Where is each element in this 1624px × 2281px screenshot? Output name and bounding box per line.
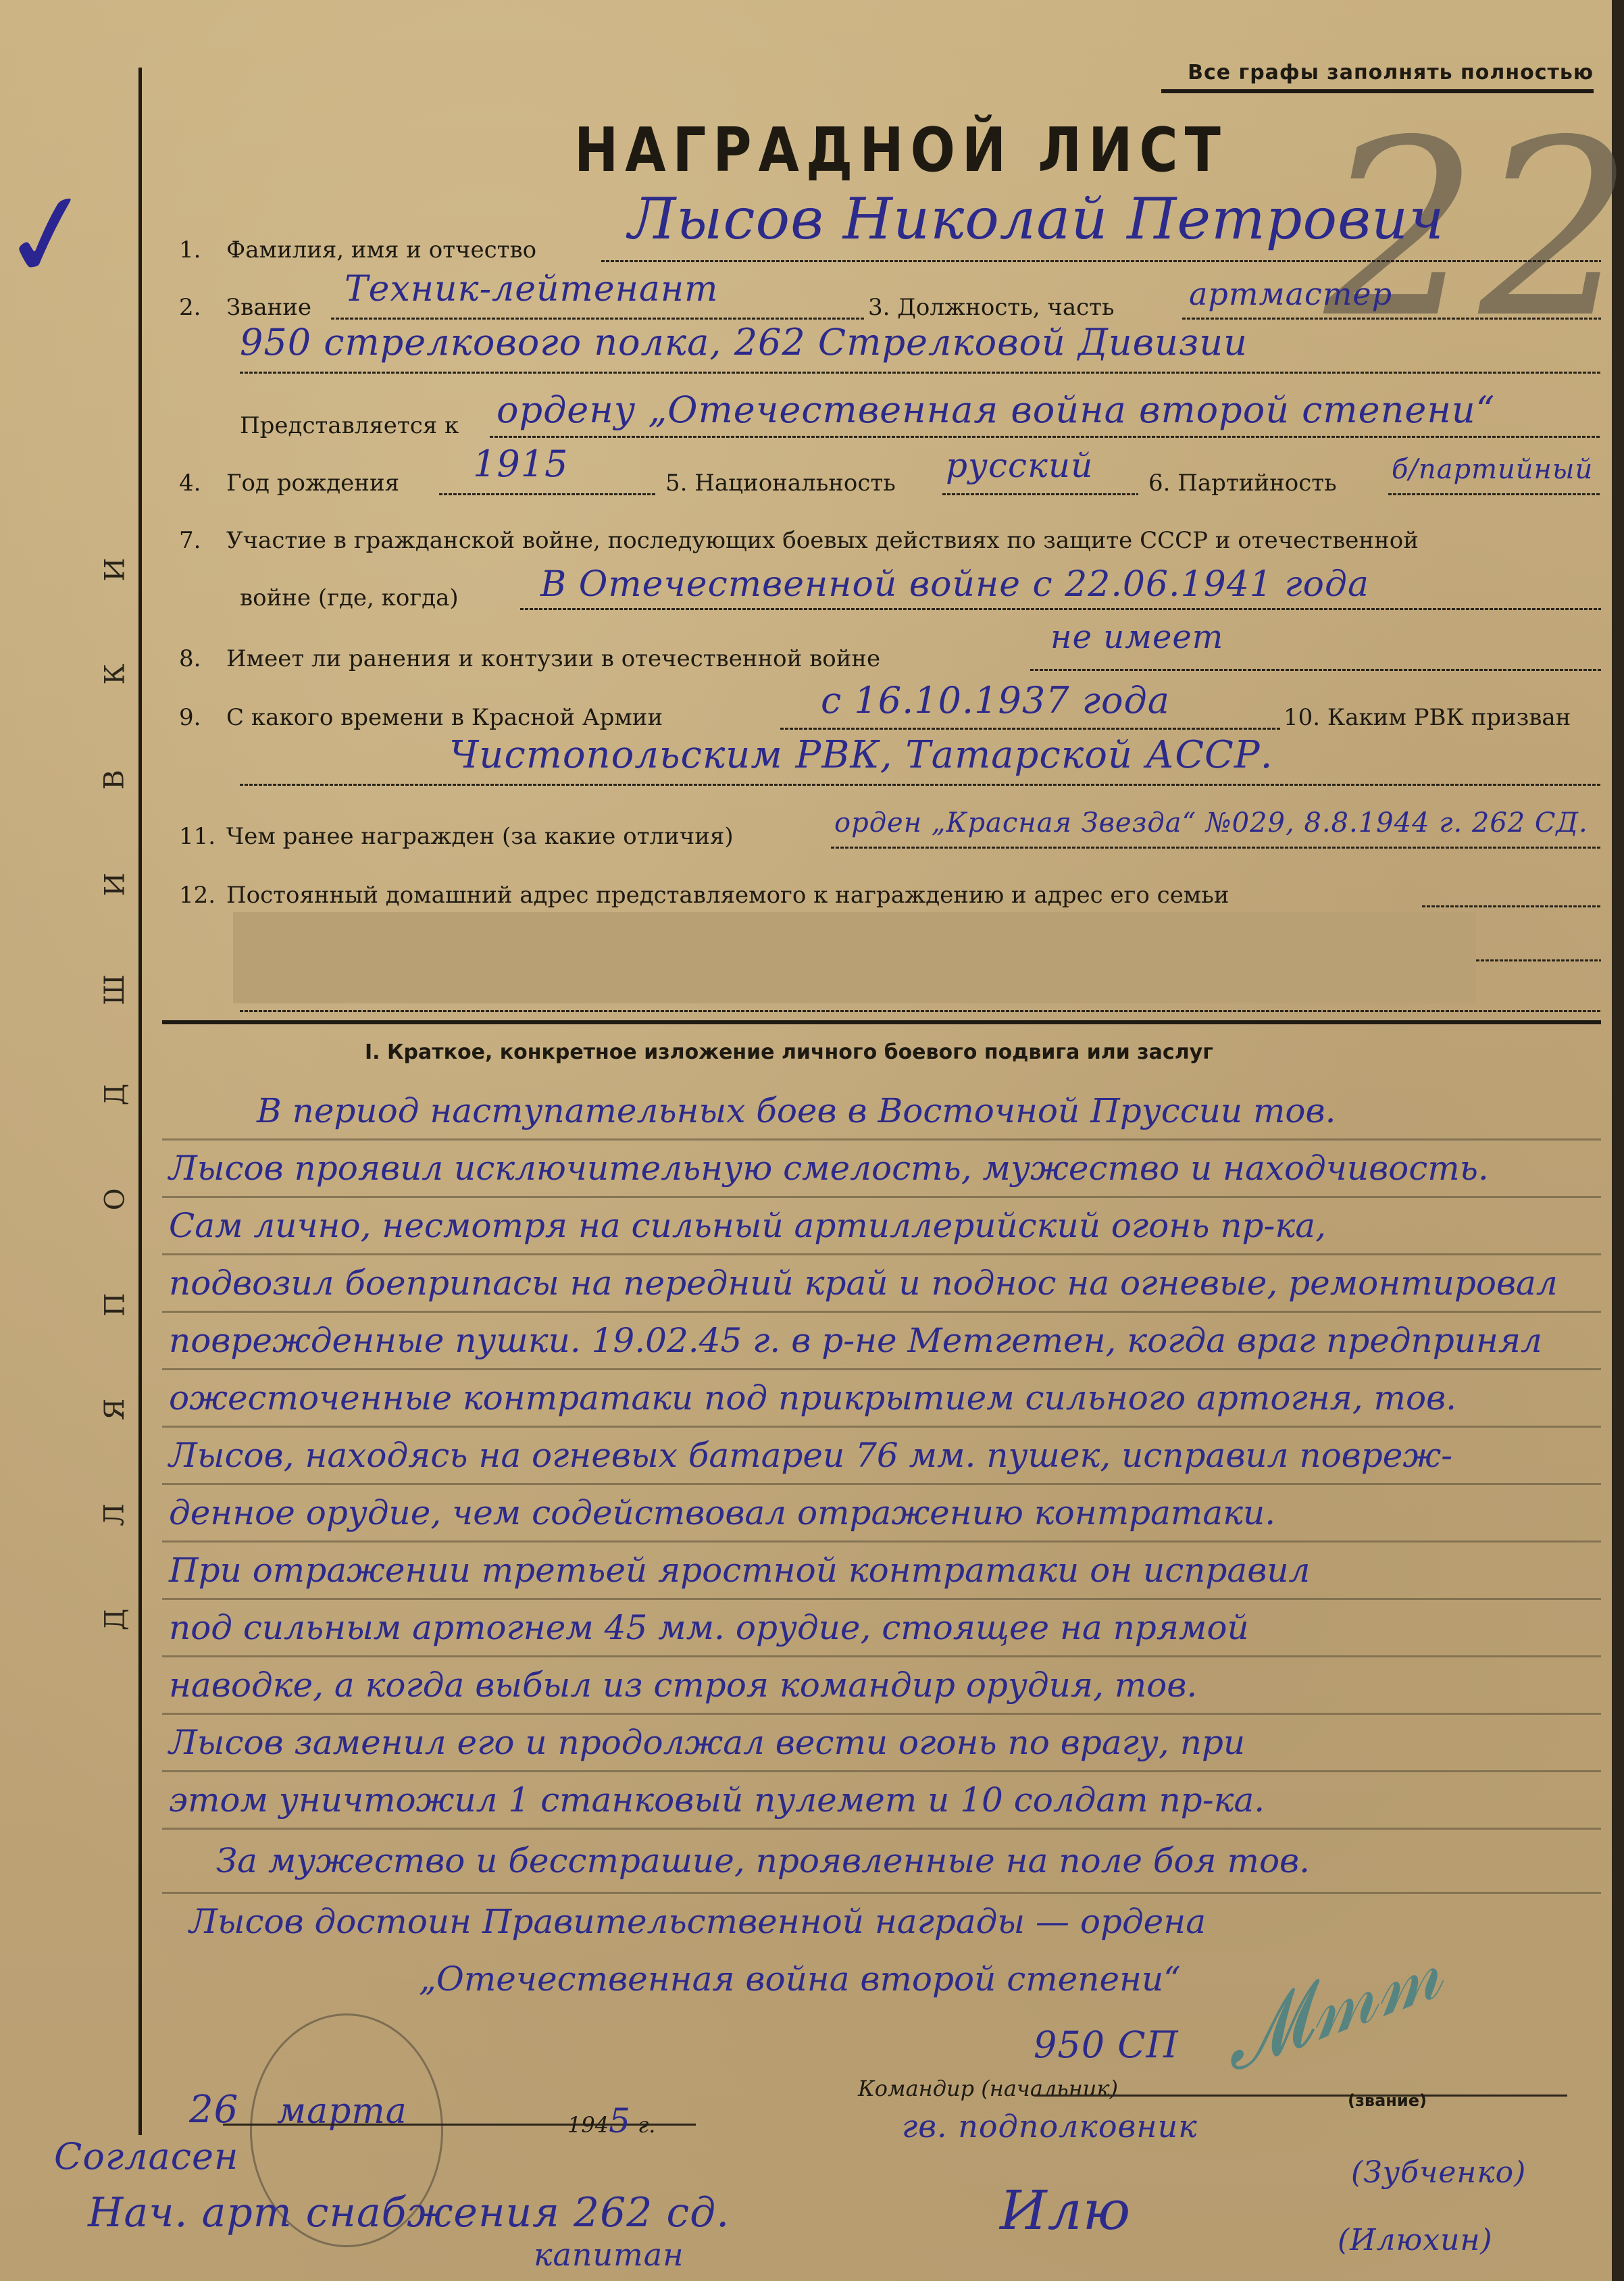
field-birth-year-value[interactable]: 1915 (473, 443, 568, 485)
narrative-line: При отражении третьей яростной контратак… (169, 1551, 1310, 1590)
field-rvk-line (240, 784, 1601, 786)
binding-margin-rule (138, 68, 142, 2135)
field-address-line (1422, 905, 1601, 907)
field-birth-year-line (439, 493, 655, 495)
ruled-line (162, 1655, 1601, 1657)
field-party-value[interactable]: б/партийный (1392, 454, 1593, 485)
field-rvk-label: 10. Каким РВК призван (1284, 704, 1571, 731)
approval-rank: капитан (534, 2236, 684, 2273)
field-presented-value[interactable]: ордену „Отечественная война второй степе… (497, 388, 1495, 431)
field-participation-label: 7.Участие в гражданской войне, последующ… (179, 527, 1419, 554)
field-participation-value[interactable]: В Отечественной войне с 22.06.1941 года (540, 564, 1369, 605)
section-title: I. Краткое, конкретное изложение личного… (365, 1041, 1213, 1064)
commander-line (1034, 2095, 1567, 2097)
ruled-line (162, 1138, 1601, 1140)
field-rank-label: 2.Звание (179, 294, 311, 321)
field-party-label: 6. Партийность (1148, 470, 1337, 497)
field-prev-awards-label: 11.Чем ранее награжден (за какие отличия… (179, 823, 734, 850)
rank-caption: (звание) (1348, 2091, 1427, 2110)
approval-signature: Илю (1000, 2179, 1131, 2242)
field-participation-label-line2: войне (где, когда) (240, 584, 459, 611)
field-army-since-value[interactable]: с 16.10.1937 года (821, 679, 1170, 722)
narrative-line: Лысов достоин Правительственной награды … (189, 1902, 1206, 1941)
field-wounds-value[interactable]: не имеет (1050, 618, 1223, 656)
field-army-since-line (780, 728, 1280, 730)
field-position-label: 3. Должность, часть (868, 294, 1114, 321)
narrative-line: поврежденные пушки. 19.02.45 г. в р-не М… (169, 1321, 1542, 1360)
approval-name-top: (Зубченко) (1351, 2155, 1526, 2190)
field-position-line (1182, 318, 1601, 320)
approval-name-bottom: (Илюхин) (1338, 2223, 1493, 2257)
field-position-value[interactable]: артмастер (1189, 276, 1392, 312)
ruled-line (162, 1598, 1601, 1600)
binding-margin-text: Д Л Я П О Д Ш И В К И (95, 554, 135, 1635)
ruled-line (162, 1368, 1601, 1370)
approval-position: Нач. арт снабжения 262 сд. (88, 2189, 730, 2236)
field-address-line-2 (1476, 959, 1601, 961)
ruled-line (162, 1892, 1601, 1894)
field-rvk-value[interactable]: Чистопольским РВК, Татарской АССР. (449, 733, 1273, 777)
field-birth-year-label: 4.Год рождения (179, 470, 399, 497)
narrative-line: денное орудие, чем содействовал отражени… (169, 1493, 1275, 1532)
ruled-line (162, 1540, 1601, 1543)
ruled-line (162, 1483, 1601, 1485)
field-nationality-label: 5. Национальность (665, 470, 896, 497)
field-participation-line (520, 608, 1601, 610)
field-rank-line (331, 318, 865, 320)
narrative-line: Лысов, находясь на огневых батареи 76 мм… (169, 1436, 1452, 1475)
field-wounds-label: 8.Имеет ли ранения и контузии в отечеств… (179, 645, 880, 672)
field-presented-label: Представляется к (240, 412, 459, 439)
ruled-line (162, 1828, 1601, 1830)
narrative-line: В период наступательных боев в Восточной… (257, 1091, 1336, 1130)
ruled-line (162, 1311, 1601, 1313)
field-nationality-value[interactable]: русский (946, 446, 1093, 485)
field-rank-value[interactable]: Техник-лейтенант (345, 269, 718, 309)
narrative-line: подвозил боеприпасы на передний край и п… (169, 1263, 1558, 1303)
field-full-name-line (601, 260, 1601, 262)
field-address-line-3 (240, 1010, 1601, 1012)
field-wounds-line (1030, 669, 1601, 671)
narrative-line: Лысов заменил его и продолжал вести огон… (169, 1723, 1245, 1762)
narrative-line: Сам лично, несмотря на сильный артиллери… (169, 1206, 1326, 1245)
field-party-line (1388, 493, 1601, 495)
narrative-line: Лысов проявил исключительную смелость, м… (169, 1149, 1489, 1188)
field-unit-value[interactable]: 950 стрелкового полка, 262 Стрелковой Ди… (240, 321, 1248, 364)
ruled-line (162, 1426, 1601, 1428)
unit-value: 950 СП (1034, 2024, 1179, 2066)
field-full-name-label: 1.Фамилия, имя и отчество (179, 236, 536, 264)
registry-number: 227 (1324, 108, 1581, 426)
ruled-line (162, 1196, 1601, 1198)
field-prev-awards-line (831, 847, 1601, 849)
narrative-line: наводке, а когда выбыл из строя командир… (169, 1665, 1197, 1705)
field-unit-line (240, 372, 1601, 374)
address-redaction (233, 912, 1476, 1003)
page-title: НАГРАДНОЙ ЛИСТ (574, 116, 1227, 186)
field-army-since-label: 9.С какого времени в Красной Армии (179, 704, 663, 731)
narrative-line: под сильным артогнем 45 мм. орудие, стоя… (169, 1608, 1249, 1647)
field-presented-line (490, 436, 1601, 438)
commander-rank-value: гв. подполковник (902, 2108, 1198, 2145)
ruled-line (162, 1770, 1601, 1772)
ruled-line (162, 1713, 1601, 1715)
date-year: 1945 г. (567, 2101, 655, 2140)
narrative-line: За мужество и бесстрашие, проявленные на… (216, 1841, 1310, 1880)
approval-agree: Согласен (54, 2135, 238, 2178)
field-prev-awards-value[interactable]: орден „Красная Звезда“ №029, 8.8.1944 г.… (834, 807, 1588, 838)
field-address-label: 12.Постоянный домашний адрес представляе… (179, 882, 1229, 909)
section-separator (162, 1020, 1601, 1024)
narrative-line: ожесточенные контратаки под прикрытием с… (169, 1378, 1456, 1418)
instruction-text: Все графы заполнять полностью (1188, 61, 1594, 84)
narrative-line: этом уничтожил 1 станковый пулемет и 10 … (169, 1780, 1265, 1820)
commander-label: Командир (начальник) (858, 2076, 1118, 2101)
field-full-name-value[interactable]: Лысов Николай Петрович (628, 186, 1444, 252)
date-month: марта (277, 2091, 407, 2132)
ruled-line (162, 1253, 1601, 1255)
narrative-line: „Отечественная война второй степени“ (419, 1959, 1181, 1999)
field-nationality-line (942, 493, 1138, 495)
